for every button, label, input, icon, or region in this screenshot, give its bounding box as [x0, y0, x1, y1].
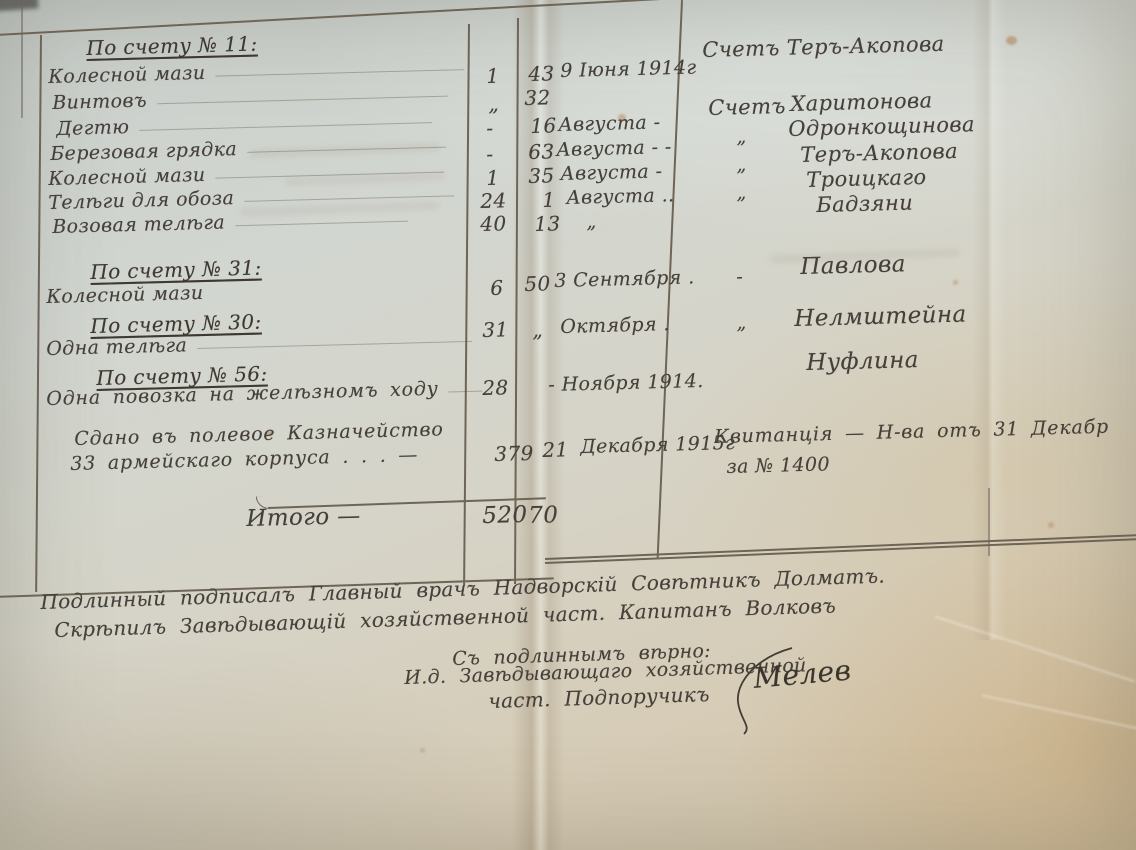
row-label: Колесной мази — [48, 62, 206, 88]
date-value: Декабря 1915г — [580, 432, 735, 458]
account-name: Нуфлина — [806, 347, 919, 376]
row-label: Колесной мази — [48, 164, 206, 190]
receipt-note-2: за № 1400 — [726, 453, 830, 478]
age-spot — [1048, 522, 1054, 528]
amount-a: 1 — [486, 64, 500, 88]
row-label: Колесной мази — [46, 282, 204, 308]
amount-a: 24 — [480, 188, 507, 213]
amount-a: 1 — [486, 166, 500, 190]
amount-a: - — [486, 116, 494, 140]
date-value: Августа - — [558, 111, 661, 136]
age-spot — [1006, 36, 1017, 45]
table-line-bottom-right-2 — [545, 538, 1136, 564]
total-a: 520 — [482, 502, 528, 529]
row-label: Возовая телѣга — [52, 211, 225, 238]
amount-a: 31 — [482, 317, 509, 342]
date-value: Августа - - — [556, 136, 672, 161]
paper-wrinkle — [935, 616, 1135, 683]
account-name: Троицкаго — [806, 165, 927, 192]
row-label: Винтовъ — [52, 90, 147, 114]
receipt-note-1: Квитанція — Н-ва отъ 31 Декабр — [714, 416, 1109, 448]
amount-a: 6 — [490, 276, 504, 300]
account-name: Харитонова — [790, 88, 933, 116]
age-spot — [953, 280, 958, 285]
amount-b: 16 — [530, 113, 557, 138]
ditto-mark: „ — [736, 154, 747, 176]
amount-a: „ — [488, 92, 499, 116]
amount-b: 21 — [542, 437, 569, 462]
total-b: 70 — [528, 502, 559, 529]
amount-a: 40 — [480, 211, 507, 236]
amount-b: 32 — [524, 85, 551, 110]
signature-autograph: Мелев — [752, 653, 852, 694]
account-label: Счетъ — [708, 94, 786, 120]
table-line-right-short — [988, 488, 990, 556]
acting-officer-line-2: част. Подпоручикъ — [488, 682, 710, 713]
amount-b: 1 — [542, 188, 556, 212]
ditto-mark: „ — [736, 182, 747, 204]
ledger-photo: По счету № 11: Колесной мази Винтовъ Дег… — [0, 0, 1136, 850]
date-value: - Ноября 1914. — [548, 370, 704, 396]
account-name: Теръ-Акопова — [800, 139, 958, 167]
amount-b: „ — [532, 318, 543, 342]
date-value: „ — [586, 211, 597, 233]
account-name: Нелмштейна — [794, 301, 967, 332]
photo-corner-shadow — [0, 0, 39, 12]
row-label: Березовая грядка — [50, 138, 237, 165]
ditto-mark: „ — [736, 312, 747, 334]
total-label: Итого — — [246, 503, 361, 532]
row-label: Телѣги для обоза — [48, 187, 234, 214]
table-line-left — [35, 35, 41, 592]
ditto-mark: - — [736, 266, 743, 288]
date-value: 9 Іюня 1914г — [560, 56, 697, 82]
account-name: Бадзяни — [816, 190, 913, 217]
account-name: Одронкощинова — [788, 112, 975, 141]
section-heading: По счету № 31: — [90, 256, 262, 284]
date-value: Августа .. — [566, 184, 675, 209]
row-label: Одна телѣга — [46, 334, 187, 360]
table-line-left-margin — [21, 0, 23, 118]
account-name: Павлова — [800, 251, 906, 280]
account-header: Счетъ Теръ-Акопова — [702, 32, 945, 62]
table-line-top — [0, 0, 675, 36]
date-value: Августа - — [560, 160, 663, 185]
amount-b: 50 — [524, 271, 551, 296]
amount-b: 13 — [534, 211, 561, 236]
paper-wrinkle — [982, 694, 1136, 731]
table-line-bottom-right-1 — [545, 534, 1136, 560]
date-value: Октября . — [560, 313, 670, 338]
section-heading: По счету № 11: — [86, 32, 258, 60]
amount-b: 63 — [528, 139, 555, 164]
amount-a: 379 — [494, 441, 534, 466]
amount-a: 28 — [482, 375, 509, 400]
ditto-mark: „ — [736, 126, 747, 148]
amount-b: 35 — [528, 163, 555, 188]
row-label: Дегтю — [56, 116, 130, 140]
age-spot — [420, 748, 425, 753]
amount-b: 43 — [528, 61, 555, 86]
amount-a: - — [486, 142, 494, 166]
date-value: 3 Сентября . — [554, 266, 695, 292]
